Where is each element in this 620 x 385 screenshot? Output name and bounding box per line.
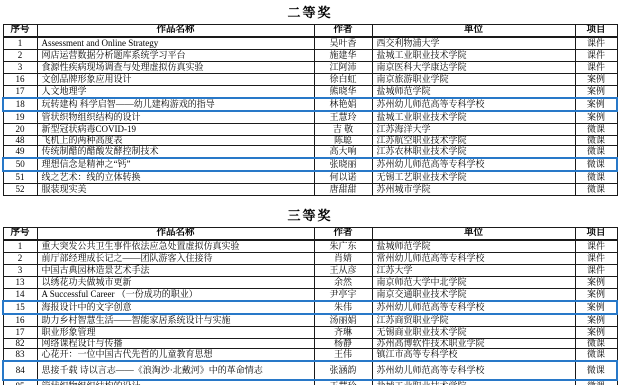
cell-no: 16 [3,74,37,86]
cell-unit: 无锡商业职业技术学院 [372,327,575,339]
cell-author: 王慧玲 [314,111,372,124]
cell-author: 唐甜甜 [314,184,372,196]
cell-category: 课件 [575,265,617,277]
cell-author: 何以诺 [314,171,372,184]
cell-no: 2 [3,50,37,62]
cell-category: 课件 [575,253,617,265]
table-row: 49传统制醋的醋酸发酵控制技术高大响江苏农林职业技术学院微课 [3,146,617,159]
cell-no: 50 [3,158,37,171]
cell-unit: 江苏海洋大学 [372,124,575,136]
cell-no: 3 [3,62,37,74]
cell-category: 微课 [575,171,617,184]
cell-author: 吉 敬 [314,124,372,136]
cell-no: 16 [3,314,37,327]
cell-no: 14 [3,289,37,302]
table-row: 83心花开：一位中国古代先哲的儿童教育思想王伟镇江市高等专科学校微课 [3,349,617,362]
cell-title: 海报设计中的文字创意 [37,301,314,314]
cell-unit: 江苏农林职业技术学院 [372,146,575,159]
cell-category: 课件 [575,50,617,62]
cell-unit: 西交利物浦大学 [372,37,575,50]
cell-unit: 盐城工业职业技术学院 [372,380,575,385]
cell-no: 52 [3,184,37,196]
table-row: 20新型冠状病毒COVID-19吉 敬江苏海洋大学微课 [3,124,617,136]
cell-no: 83 [3,349,37,362]
cell-title: 以绣花功夫做城市更新 [37,277,314,289]
table-row: 1重大突发公共卫生事件依法应急处置虚拟仿真实验朱广东盐城师范学院课件 [3,240,617,253]
table-row: 16助力乡村智慧生活——智能家居系统设计与实施汤丽娟江苏商贸职业学院案例 [3,314,617,327]
cell-category: 微课 [575,349,617,362]
column-header-unit: 单位 [372,25,575,38]
cell-title: 思接千载 诗以言志——《浪淘沙·北戴河》中的革命情志 [37,361,314,380]
cell-author: 江阿沛 [314,62,372,74]
table-header: 序号作品名称作者单位项目 [3,228,617,241]
cell-title: 玩转建构 科学启智——幼儿建构游戏的指导 [37,98,314,111]
cell-no: 17 [3,327,37,339]
cell-no: 82 [3,339,37,349]
cell-no: 1 [3,240,37,253]
section-second-prize: 二等奖 序号作品名称作者单位项目 1Assessment and Online … [0,0,620,196]
column-header-no: 序号 [3,25,37,38]
cell-author: 王慧玲 [314,380,372,385]
cell-author: 陈聪 [314,136,372,146]
cell-title: 中国古典园林造景艺术手法 [37,265,314,277]
cell-unit: 苏州幼儿师范高等专科学校 [372,158,575,171]
cell-title: 传统制醋的醋酸发酵控制技术 [37,146,314,159]
table-row: 48飞机上的两种高度表陈聪江苏航空职业技术学院微课 [3,136,617,146]
cell-category: 微课 [575,146,617,159]
table-row: 13以绣花功夫做城市更新余然南京师范大学中北学院案例 [3,277,617,289]
cell-no: 48 [3,136,37,146]
cell-category: 微课 [575,136,617,146]
column-header-title: 作品名称 [37,25,314,38]
table-row: 2网店运营数据分析题库系统学习平台施建华盐城工业职业技术学院课件 [3,50,617,62]
column-header-no: 序号 [3,228,37,241]
cell-author: 高大响 [314,146,372,159]
cell-unit: 盐城师范学院 [372,240,575,253]
table-row: 2前厅部经理成长记之——团队游客入住接待肖婧常州幼儿师范高等专科学校课件 [3,253,617,265]
table-row: 17人文地理学熊晓华盐城师范学院案例 [3,86,617,99]
cell-title: 人文地理学 [37,86,314,99]
cell-unit: 苏州城市学院 [372,184,575,196]
cell-title: 网络课程设计与传播 [37,339,314,349]
cell-unit: 苏州幼儿师范高等专科学校 [372,361,575,380]
table-row: 85管状织物组织结构的设计王慧玲盐城工业职业技术学院微课 [3,380,617,385]
cell-title: 文创品牌形象应用设计 [37,74,314,86]
cell-author: 熊晓华 [314,86,372,99]
section-title: 三等奖 [0,196,620,227]
table-row: 84思接千载 诗以言志——《浪淘沙·北戴河》中的革命情志张涵韵苏州幼儿师范高等专… [3,361,617,380]
column-header-author: 作者 [314,228,372,241]
cell-author: 施建华 [314,50,372,62]
cell-author: 肖婧 [314,253,372,265]
column-header-unit: 单位 [372,228,575,241]
cell-author: 杨静 [314,339,372,349]
cell-title: 服装现实美 [37,184,314,196]
table-body: 1Assessment and Online Strategy吴叶香西交利物浦大… [3,37,617,196]
cell-title: 网店运营数据分析题库系统学习平台 [37,50,314,62]
cell-no: 84 [3,361,37,380]
cell-title: 前厅部经理成长记之——团队游客入住接待 [37,253,314,265]
cell-title: 新型冠状病毒COVID-19 [37,124,314,136]
cell-title: 食源性疾病现场调查与处理虚拟仿真实验 [37,62,314,74]
cell-category: 案例 [575,277,617,289]
table-row: 52服装现实美唐甜甜苏州城市学院微课 [3,184,617,196]
table-row: 17职业形象管理齐琳无锡商业职业技术学院案例 [3,327,617,339]
table-row: 82网络课程设计与传播杨静苏州高博软件技术职业学院微课 [3,339,617,349]
cell-no: 20 [3,124,37,136]
cell-no: 18 [3,98,37,111]
cell-unit: 无锡工艺职业技术学院 [372,171,575,184]
table-row: 3食源性疾病现场调查与处理虚拟仿真实验江阿沛南京医科大学康达学院课件 [3,62,617,74]
cell-category: 课件 [575,62,617,74]
table-row: 16文创品牌形象应用设计徐白虹南京旅游职业学院案例 [3,74,617,86]
cell-category: 案例 [575,74,617,86]
cell-unit: 江苏航空职业技术学院 [372,136,575,146]
cell-no: 51 [3,171,37,184]
cell-author: 朱伟 [314,301,372,314]
cell-category: 微课 [575,339,617,349]
cell-unit: 苏州高博软件技术职业学院 [372,339,575,349]
cell-category: 课件 [575,240,617,253]
cell-unit: 南京师范大学中北学院 [372,277,575,289]
cell-author: 汤丽娟 [314,314,372,327]
cell-author: 王从彦 [314,265,372,277]
cell-title: 理想信念是精神之“钙” [37,158,314,171]
cell-category: 微课 [575,380,617,385]
table-row: 51线之艺术：线的立体转换何以诺无锡工艺职业技术学院微课 [3,171,617,184]
cell-author: 尹亭宇 [314,289,372,302]
award-document: 二等奖 序号作品名称作者单位项目 1Assessment and Online … [0,0,620,385]
header-row: 序号作品名称作者单位项目 [3,228,617,241]
cell-author: 朱广东 [314,240,372,253]
table-row: 15海报设计中的文字创意朱伟苏州幼儿师范高等专科学校案例 [3,301,617,314]
cell-unit: 南京交通职业技术学院 [372,289,575,302]
cell-category: 微课 [575,124,617,136]
table-body: 1重大突发公共卫生事件依法应急处置虚拟仿真实验朱广东盐城师范学院课件2前厅部经理… [3,240,617,385]
section-title: 二等奖 [0,0,620,24]
table-row: 14A Successful Career （一份成功的职业）尹亭宇南京交通职业… [3,289,617,302]
cell-category: 案例 [575,301,617,314]
award-table-second-prize: 序号作品名称作者单位项目 1Assessment and Online Stra… [2,24,618,196]
table-row: 18玩转建构 科学启智——幼儿建构游戏的指导林艳娟苏州幼儿师范高等专科学校案例 [3,98,617,111]
award-table-third-prize: 序号作品名称作者单位项目 1重大突发公共卫生事件依法应急处置虚拟仿真实验朱广东盐… [2,227,618,385]
cell-category: 案例 [575,86,617,99]
cell-category: 微课 [575,361,617,380]
cell-author: 王伟 [314,349,372,362]
cell-unit: 盐城工业职业技术学院 [372,111,575,124]
column-header-author: 作者 [314,25,372,38]
cell-unit: 镇江市高等专科学校 [372,349,575,362]
cell-author: 张涵韵 [314,361,372,380]
cell-unit: 盐城师范学院 [372,86,575,99]
cell-no: 2 [3,253,37,265]
cell-title: Assessment and Online Strategy [37,37,314,50]
cell-unit: 常州幼儿师范高等专科学校 [372,253,575,265]
cell-no: 1 [3,37,37,50]
cell-category: 微课 [575,184,617,196]
cell-unit: 苏州幼儿师范高等专科学校 [372,98,575,111]
cell-title: 线之艺术：线的立体转换 [37,171,314,184]
cell-title: 职业形象管理 [37,327,314,339]
cell-title: 飞机上的两种高度表 [37,136,314,146]
cell-unit: 盐城工业职业技术学院 [372,50,575,62]
cell-category: 案例 [575,289,617,302]
header-row: 序号作品名称作者单位项目 [3,25,617,38]
cell-category: 案例 [575,111,617,124]
table-row: 1Assessment and Online Strategy吴叶香西交利物浦大… [3,37,617,50]
cell-title: 重大突发公共卫生事件依法应急处置虚拟仿真实验 [37,240,314,253]
column-header-cat: 项目 [575,25,617,38]
cell-author: 徐白虹 [314,74,372,86]
cell-author: 张晓丽 [314,158,372,171]
cell-title: A Successful Career （一份成功的职业） [37,289,314,302]
cell-no: 85 [3,380,37,385]
cell-category: 微课 [575,158,617,171]
cell-unit: 苏州幼儿师范高等专科学校 [372,301,575,314]
cell-title: 心花开：一位中国古代先哲的儿童教育思想 [37,349,314,362]
cell-unit: 南京医科大学康达学院 [372,62,575,74]
cell-title: 管状织物组织结构的设计 [37,111,314,124]
cell-title: 助力乡村智慧生活——智能家居系统设计与实施 [37,314,314,327]
table-header: 序号作品名称作者单位项目 [3,25,617,38]
cell-no: 17 [3,86,37,99]
table-row: 3中国古典园林造景艺术手法王从彦江苏大学课件 [3,265,617,277]
cell-title: 管状织物组织结构的设计 [37,380,314,385]
table-row: 19管状织物组织结构的设计王慧玲盐城工业职业技术学院案例 [3,111,617,124]
cell-unit: 江苏商贸职业学院 [372,314,575,327]
cell-author: 齐琳 [314,327,372,339]
cell-no: 49 [3,146,37,159]
section-third-prize: 三等奖 序号作品名称作者单位项目 1重大突发公共卫生事件依法应急处置虚拟仿真实验… [0,196,620,385]
cell-no: 13 [3,277,37,289]
cell-author: 林艳娟 [314,98,372,111]
cell-no: 3 [3,265,37,277]
cell-category: 案例 [575,98,617,111]
table-row: 50理想信念是精神之“钙”张晓丽苏州幼儿师范高等专科学校微课 [3,158,617,171]
cell-category: 案例 [575,327,617,339]
cell-category: 案例 [575,314,617,327]
column-header-title: 作品名称 [37,228,314,241]
cell-unit: 南京旅游职业学院 [372,74,575,86]
cell-no: 15 [3,301,37,314]
cell-category: 课件 [575,37,617,50]
column-header-cat: 项目 [575,228,617,241]
cell-no: 19 [3,111,37,124]
cell-author: 吴叶香 [314,37,372,50]
cell-unit: 江苏大学 [372,265,575,277]
cell-author: 余然 [314,277,372,289]
